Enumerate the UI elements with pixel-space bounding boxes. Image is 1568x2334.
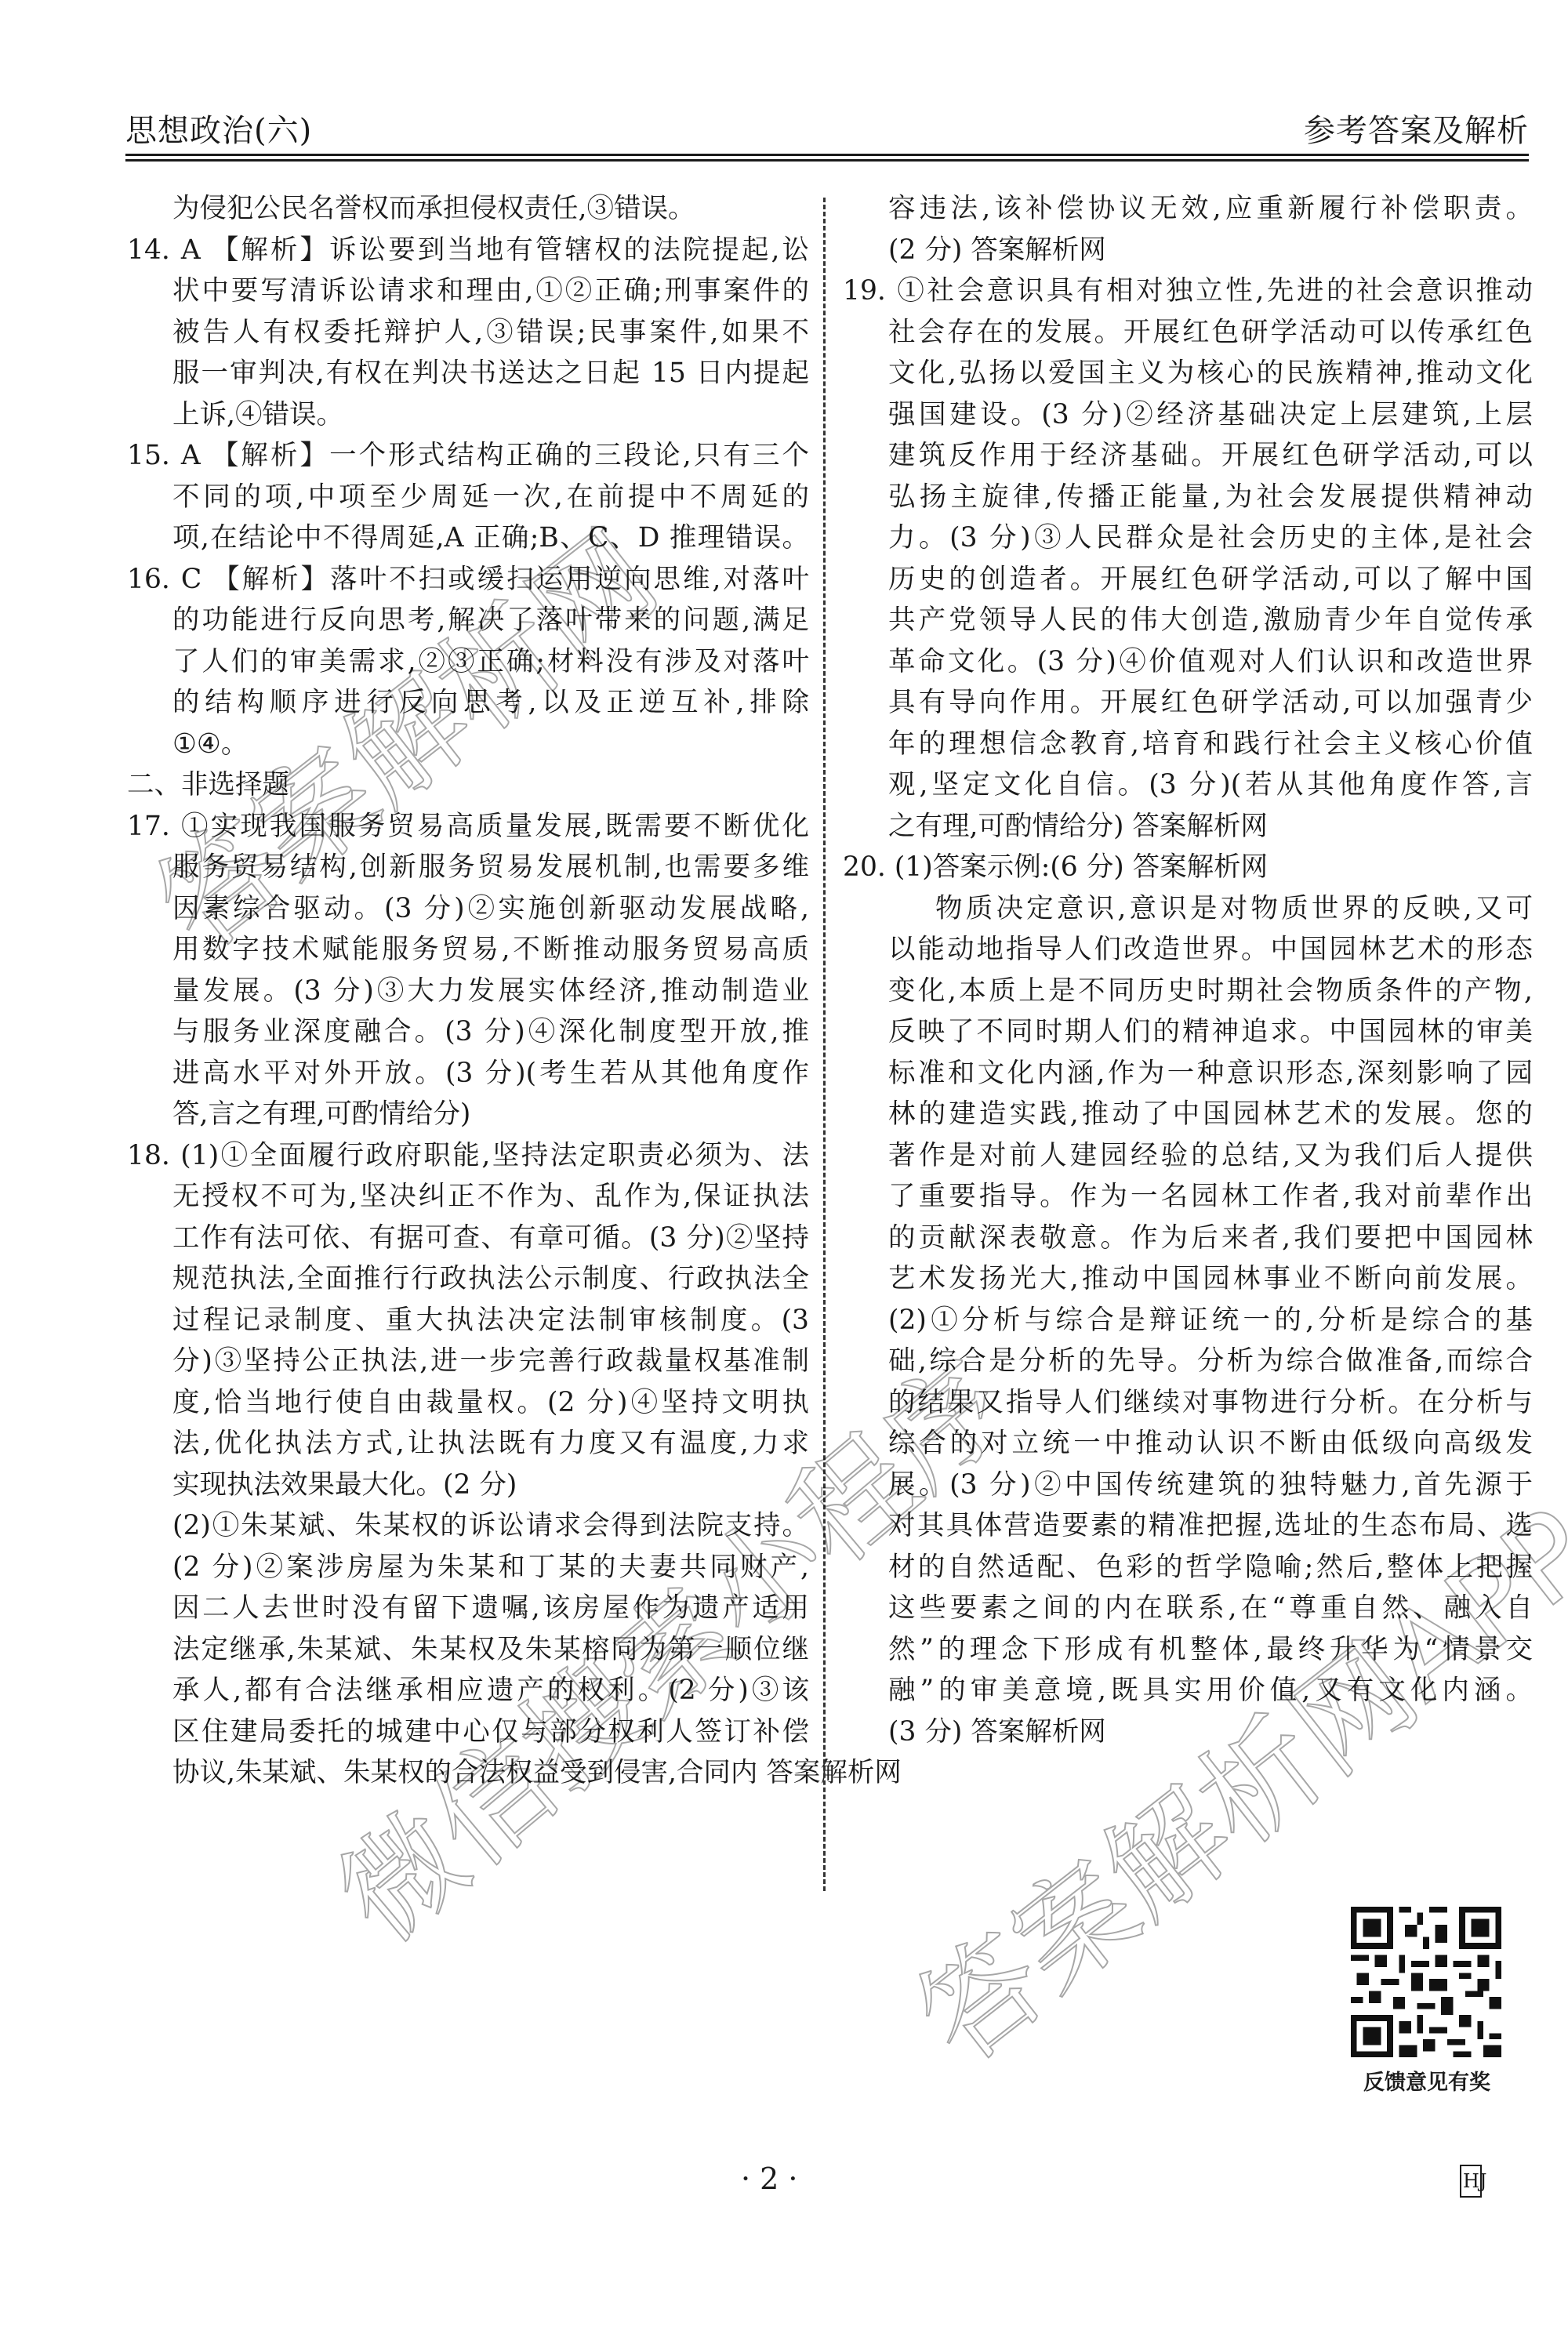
text-line: 标准和文化内涵,作为一种意识形态,深刻影响了园 (843, 1053, 1533, 1094)
qr-code-icon[interactable] (1351, 1907, 1501, 2057)
text-line: 协议,朱某斌、朱某权的合法权益受到侵害,合同内 答案解析网 (127, 1752, 809, 1794)
edition-code-badge: HJ (1460, 2165, 1482, 2198)
text-line: 年的理想信念教育,培育和践行社会主义核心价值 (843, 724, 1533, 765)
text-line: 变化,本质上是不同历史时期社会物质条件的产物, (843, 971, 1533, 1012)
text-line: 革命文化。(3 分)④价值观对人们认识和改造世界 (843, 641, 1533, 683)
text-line: 14. A 【解析】诉讼要到当地有管辖权的法院提起,讼 (127, 230, 809, 271)
text-line: 被告人有权委托辩护人,③错误;民事案件,如果不 (127, 312, 809, 354)
text-line: 区住建局委托的城建中心仅与部分权利人签订补偿 (127, 1711, 809, 1753)
text-line: 承人,都有合法继承相应遗产的权利。(2 分)③该 (127, 1670, 809, 1711)
text-line: 19. ①社会意识具有相对独立性,先进的社会意识推动 (843, 270, 1533, 312)
text-line: 量发展。(3 分)③大力发展实体经济,推动制造业 (127, 971, 809, 1012)
text-line: 建筑反作用于经济基础。开展红色研学活动,可以 (843, 435, 1533, 477)
text-line: 法,优化执法方式,让执法既有力度又有温度,力求 (127, 1423, 809, 1465)
text-line: 的贡献深表敬意。作为后来者,我们要把中国园林 (843, 1218, 1533, 1259)
header-rule-top (125, 154, 1529, 156)
text-line: 工作有法可依、有据可查、有章可循。(3 分)②坚持 (127, 1218, 809, 1259)
text-line: 答,言之有理,可酌情给分) (127, 1094, 809, 1135)
text-line: 融”的审美意境,既具实用价值,又有文化内涵。 (843, 1670, 1533, 1711)
text-line: 项,在结论中不得周延,A 正确;B、C、D 推理错误。 (127, 517, 809, 559)
text-line: (2 分) 答案解析网 (843, 230, 1533, 271)
text-line: 服一审判决,有权在判决书送达之日起 15 日内提起 (127, 353, 809, 394)
text-line: 力。(3 分)③人民群众是社会历史的主体,是社会 (843, 517, 1533, 559)
text-line: 上诉,④错误。 (127, 394, 809, 436)
text-line: 了人们的审美需求,②③正确;材料没有涉及对落叶 (127, 641, 809, 683)
subject-title: 思想政治(六) (125, 106, 312, 151)
text-line: 规范执法,全面推行行政执法公示制度、行政执法全 (127, 1258, 809, 1300)
text-line: 弘扬主旋律,传播正能量,为社会发展提供精神动 (843, 477, 1533, 518)
text-line: 17. ①实现我国服务贸易高质量发展,既需要不断优化 (127, 806, 809, 848)
qr-caption: 反馈意见有奖 (1333, 2065, 1521, 2096)
text-line: 综合的对立统一中推动认识不断由低级向高级发 (843, 1423, 1533, 1465)
text-line: 16. C 【解析】落叶不扫或缓扫运用逆向思维,对落叶 (127, 559, 809, 601)
text-line: 共产党领导人民的伟大创造,激励青少年自觉传承 (843, 600, 1533, 641)
text-line: 状中要写清诉讼请求和理由,①②正确;刑事案件的 (127, 270, 809, 312)
text-line: ①④。 (127, 724, 809, 765)
text-line: 反映了不同时期人们的精神追求。中国园林的审美 (843, 1011, 1533, 1053)
text-line: (2)①朱某斌、朱某权的诉讼请求会得到法院支持。 (127, 1505, 809, 1547)
right-column: 容违法,该补偿协议无效,应重新履行补偿职责。(2 分) 答案解析网19. ①社会… (843, 188, 1533, 1752)
text-line: 因二人去世时没有留下遗嘱,该房屋作为遗产适用 (127, 1588, 809, 1629)
text-line: 无授权不可为,坚决纠正不作为、乱作为,保证执法 (127, 1176, 809, 1218)
column-divider (823, 198, 826, 1891)
text-line: 础,综合是分析的先导。分析为综合做准备,而综合 (843, 1341, 1533, 1382)
text-line: 不同的项,中项至少周延一次,在前提中不周延的 (127, 477, 809, 518)
text-line: 进高水平对外开放。(3 分)(考生若从其他角度作 (127, 1053, 809, 1094)
text-line: 历史的创造者。开展红色研学活动,可以了解中国 (843, 559, 1533, 601)
text-line: 服务贸易结构,创新服务贸易发展机制,也需要多维 (127, 847, 809, 888)
text-line: 物质决定意识,意识是对物质世界的反映,又可 (843, 888, 1533, 930)
text-line: 文化,弘扬以爱国主义为核心的民族精神,推动文化 (843, 353, 1533, 394)
left-column: 为侵犯公民名誉权而承担侵权责任,③错误。14. A 【解析】诉讼要到当地有管辖权… (127, 188, 809, 1794)
text-line: 然”的理念下形成有机整体,最终升华为“情景交 (843, 1629, 1533, 1671)
text-line: 因素综合驱动。(3 分)②实施创新驱动发展战略, (127, 888, 809, 930)
text-line: 观,坚定文化自信。(3 分)(若从其他角度作答,言 (843, 764, 1533, 806)
text-line: 容违法,该补偿协议无效,应重新履行补偿职责。 (843, 188, 1533, 230)
page-number: · 2 · (741, 2162, 798, 2196)
text-line: 艺术发扬光大,推动中国园林事业不断向前发展。 (843, 1258, 1533, 1300)
section-title: 参考答案及解析 (1304, 106, 1529, 151)
text-line: 对其具体营造要素的精准把握,选址的生态布局、选 (843, 1505, 1533, 1547)
text-line: 为侵犯公民名誉权而承担侵权责任,③错误。 (127, 188, 809, 230)
text-line: 二、非选择题 (127, 764, 809, 806)
text-line: 展。(3 分)②中国传统建筑的独特魅力,首先源于 (843, 1465, 1533, 1506)
text-line: 法定继承,朱某斌、朱某权及朱某榕同为第一顺位继 (127, 1629, 809, 1671)
text-line: (2)①分析与综合是辩证统一的,分析是综合的基 (843, 1300, 1533, 1341)
page-header: 思想政治(六) 参考答案及解析 (125, 106, 1529, 153)
text-line: 以能动地指导人们改造世界。中国园林艺术的形态 (843, 929, 1533, 971)
text-line: (3 分) 答案解析网 (843, 1711, 1533, 1753)
text-line: 分)③坚持公正执法,进一步完善行政裁量权基准制 (127, 1341, 809, 1382)
text-line: 的功能进行反向思考,解决了落叶带来的问题,满足 (127, 600, 809, 641)
text-line: 材的自然适配、色彩的哲学隐喻;然后,整体上把握 (843, 1547, 1533, 1588)
text-line: 社会存在的发展。开展红色研学活动可以传承红色 (843, 312, 1533, 354)
text-line: 强国建设。(3 分)②经济基础决定上层建筑,上层 (843, 394, 1533, 436)
header-rule-bottom (125, 159, 1529, 162)
text-line: 20. (1)答案示例:(6 分) 答案解析网 (843, 847, 1533, 888)
text-line: 15. A 【解析】一个形式结构正确的三段论,只有三个 (127, 435, 809, 477)
text-line: 的结构顺序进行反向思考,以及正逆互补,排除 (127, 682, 809, 724)
text-line: 与服务业深度融合。(3 分)④深化制度型开放,推 (127, 1011, 809, 1053)
text-line: (2 分)②案涉房屋为朱某和丁某的夫妻共同财产, (127, 1547, 809, 1588)
text-line: 18. (1)①全面履行政府职能,坚持法定职责必须为、法 (127, 1135, 809, 1177)
text-line: 过程记录制度、重大执法决定法制审核制度。(3 (127, 1300, 809, 1341)
text-line: 之有理,可酌情给分) 答案解析网 (843, 806, 1533, 848)
text-line: 用数字技术赋能服务贸易,不断推动服务贸易高质 (127, 929, 809, 971)
text-line: 的结果又指导人们继续对事物进行分析。在分析与 (843, 1382, 1533, 1424)
text-line: 度,恰当地行使自由裁量权。(2 分)④坚持文明执 (127, 1382, 809, 1424)
text-line: 了重要指导。作为一名园林工作者,我对前辈作出 (843, 1176, 1533, 1218)
text-line: 这些要素之间的内在联系,在“尊重自然、融入自 (843, 1588, 1533, 1629)
text-line: 著作是对前人建园经验的总结,又为我们后人提供 (843, 1135, 1533, 1177)
text-line: 林的建造实践,推动了中国园林艺术的发展。您的 (843, 1094, 1533, 1135)
text-line: 实现执法效果最大化。(2 分) (127, 1465, 809, 1506)
text-line: 具有导向作用。开展红色研学活动,可以加强青少 (843, 682, 1533, 724)
